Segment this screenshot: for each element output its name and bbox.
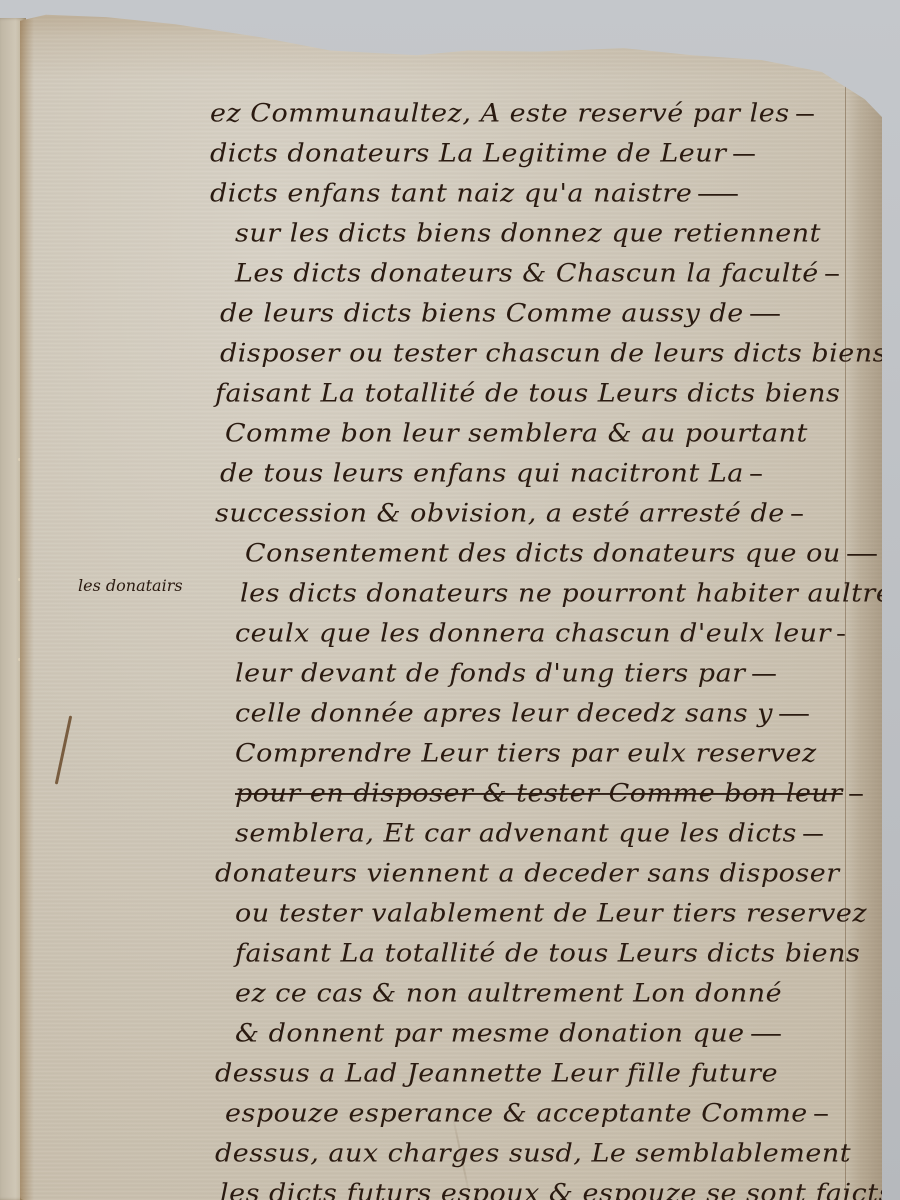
line-filler-dash: [837, 634, 845, 636]
manuscript-photo: les donatairs ez Communaultez, A este re…: [0, 0, 900, 1200]
text-line-25: dessus a Lad Jeannette Leur fille future: [215, 1059, 778, 1088]
text-line-28: les dicts futurs espoux & espouze se son…: [220, 1179, 893, 1200]
text-line-4: sur les dicts biens donnez que retiennen…: [235, 219, 821, 248]
text-line-6: de leurs dicts biens Comme aussy de: [220, 299, 780, 328]
line-filler-dash: [796, 114, 814, 116]
line-filler-dash: [814, 1114, 828, 1116]
handwritten-text: ez Communaultez, A este reservé par les …: [205, 10, 895, 1200]
line-filler-dash: [750, 474, 762, 476]
text-line-22: faisant La totallité de tous Leurs dicts…: [235, 939, 860, 968]
text-line-27: dessus, aux charges susd, Le semblableme…: [215, 1139, 851, 1168]
line-filler-dash: [698, 194, 738, 196]
text-line-24: & donnent par mesme donation que: [235, 1019, 781, 1048]
text-line-15: leur devant de fonds d'ung tiers par: [235, 659, 776, 688]
line-filler-dash: [791, 514, 803, 516]
text-line-1: ez Communaultez, A este reservé par les: [210, 99, 814, 128]
text-line-26: espouze esperance & acceptante Comme: [225, 1099, 828, 1128]
line-filler-dash: [752, 674, 776, 676]
line-filler-dash: [847, 554, 877, 556]
line-filler-dash: [733, 154, 755, 156]
text-line-16: celle donnée apres leur decedz sans y: [235, 699, 809, 728]
margin-note: les donatairs: [78, 576, 183, 595]
text-line-2: dicts donateurs La Legitime de Leur: [210, 139, 755, 168]
line-filler-dash: [751, 1034, 781, 1036]
line-filler-dash: [849, 794, 863, 796]
text-line-11: succession & obvision, a esté arresté de: [215, 499, 803, 528]
text-line-5: Les dicts donateurs & Chascun la faculté: [235, 259, 839, 288]
binding-gutter: [20, 10, 34, 1200]
text-line-20: donateurs viennent a deceder sans dispos…: [215, 859, 840, 888]
text-line-12: Consentement des dicts donateurs que ou: [245, 539, 877, 568]
line-filler-dash: [750, 314, 780, 316]
text-line-18-struck: pour en disposer & tester Comme bon leur: [235, 779, 863, 808]
line-filler-dash: [893, 354, 900, 356]
text-line-13: les dicts donateurs ne pourront habiter …: [240, 579, 892, 608]
manuscript-page: les donatairs ez Communaultez, A este re…: [20, 10, 882, 1200]
text-line-19: semblera, Et car advenant que les dicts: [235, 819, 823, 848]
text-line-3: dicts enfans tant naiz qu'a naistre: [210, 179, 738, 208]
margin-ink-stroke: [55, 715, 72, 784]
text-line-8: faisant La totallité de tous Leurs dicts…: [215, 379, 840, 408]
line-filler-dash: [779, 714, 809, 716]
line-filler-dash: [825, 274, 839, 276]
text-line-7: disposer ou tester chascun de leurs dict…: [220, 339, 900, 368]
line-filler-dash: [803, 834, 823, 836]
text-line-9: Comme bon leur semblera & au pourtant: [225, 419, 808, 448]
text-line-17: Comprendre Leur tiers par eulx reservez: [235, 739, 817, 768]
text-line-21: ou tester valablement de Leur tiers rese…: [235, 899, 867, 928]
text-line-10: de tous leurs enfans qui nacitront La: [220, 459, 762, 488]
text-line-14: ceulx que les donnera chascun d'eulx leu…: [235, 619, 845, 648]
text-line-23: ez ce cas & non aultrement Lon donné: [235, 979, 782, 1008]
